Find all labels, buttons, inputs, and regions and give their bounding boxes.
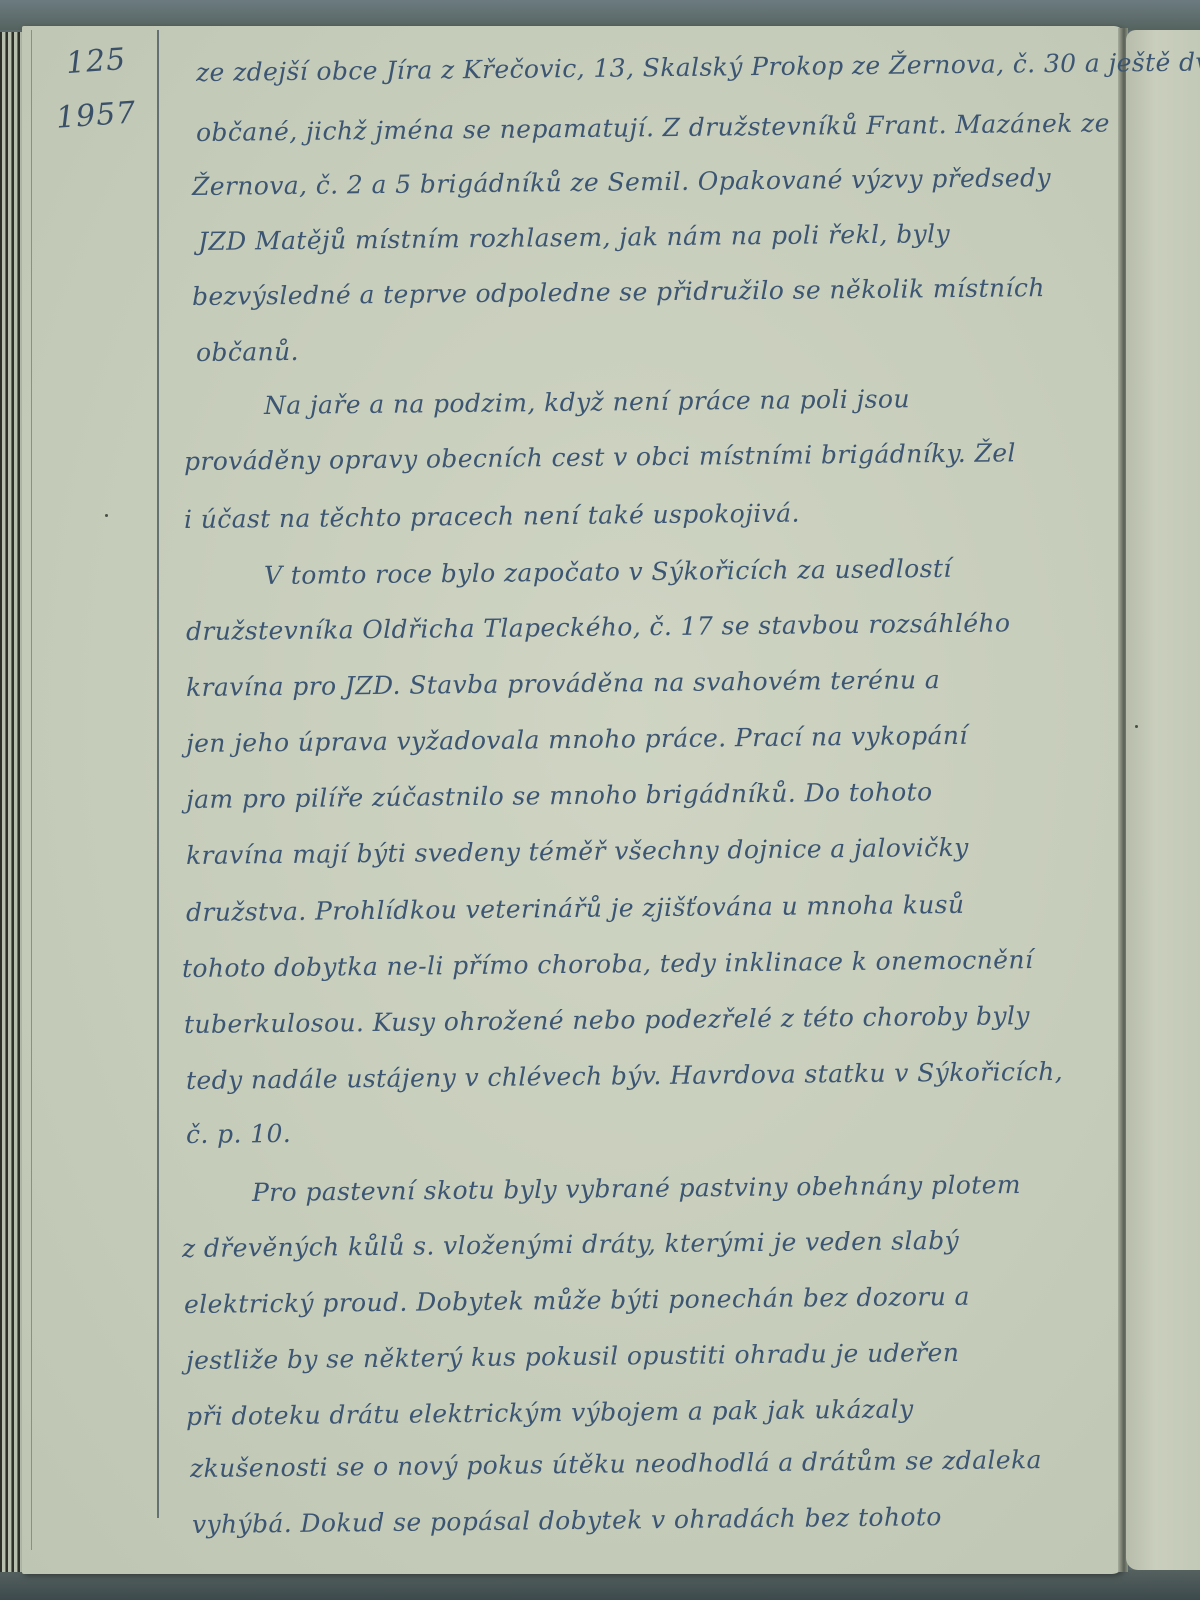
paper-speck (105, 514, 108, 517)
scan-background-bottom (0, 1570, 1200, 1600)
handwritten-line: č. p. 10. (186, 1119, 291, 1149)
facing-page-edge (1126, 30, 1200, 1570)
page-number: 125 (65, 42, 128, 81)
page-edge-rule (31, 30, 32, 1550)
handwritten-line: občanů. (196, 337, 299, 367)
paper-speck (1135, 725, 1138, 728)
margin-rule (157, 30, 159, 1518)
margin-year: 1957 (55, 95, 138, 136)
